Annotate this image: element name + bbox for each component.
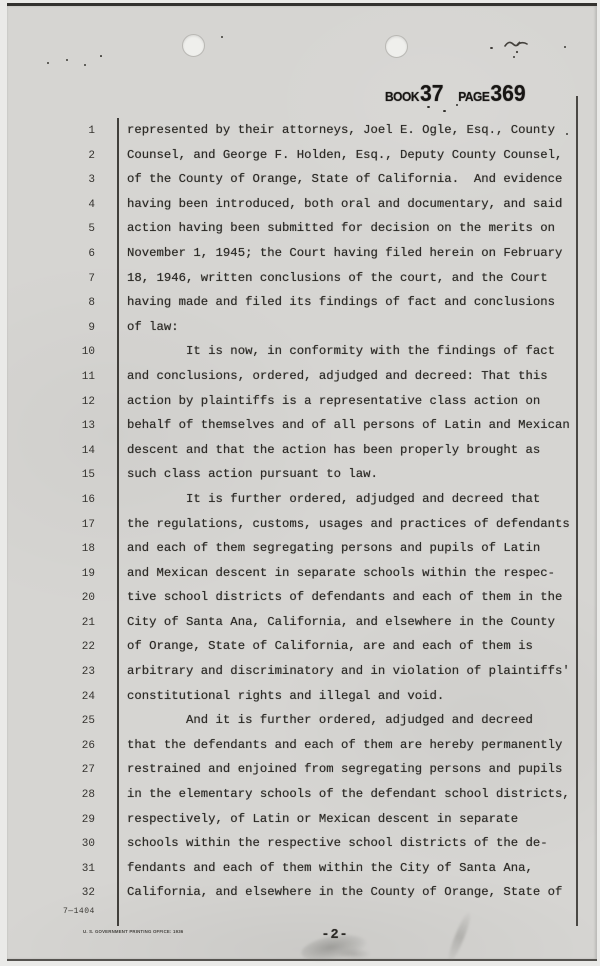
line-text: that the defendants and each of them are…	[127, 733, 562, 758]
line-row: 27restrained and enjoined from segregati…	[7, 757, 585, 782]
line-text: November 1, 1945; the Court having filed…	[127, 241, 562, 266]
line-row: 2Counsel, and George F. Holden, Esq., De…	[7, 143, 585, 168]
line-row: 6November 1, 1945; the Court having file…	[7, 241, 585, 266]
line-text: action having been submitted for decisio…	[127, 216, 555, 241]
line-row: 20tive school districts of defendants an…	[7, 585, 585, 610]
ink-smudge-small	[337, 948, 371, 960]
line-text: It is further ordered, adjudged and decr…	[127, 487, 540, 512]
line-text: descent and that the action has been pro…	[127, 438, 540, 463]
line-row: 16 It is further ordered, adjudged and d…	[7, 487, 585, 512]
line-number: 31	[7, 857, 95, 882]
paper-speck	[564, 46, 566, 48]
stamp-book-label: BOOK	[385, 89, 419, 104]
line-text: fendants and each of them within the Cit…	[127, 856, 533, 881]
line-number: 25	[7, 709, 95, 734]
line-number: 4	[7, 193, 95, 218]
paper-speck	[84, 64, 86, 66]
stamp-page-label: PAGE	[458, 89, 489, 104]
line-row: 19and Mexican descent in separate school…	[7, 561, 585, 586]
line-row: 22of Orange, State of California, are an…	[7, 634, 585, 659]
line-row: 25 And it is further ordered, adjudged a…	[7, 708, 585, 733]
form-number: 7—1404	[63, 907, 95, 916]
line-text: the regulations, customs, usages and pra…	[127, 512, 570, 537]
line-row: 28in the elementary schools of the defen…	[7, 782, 585, 807]
line-number: 11	[7, 365, 95, 390]
line-row: 12action by plaintiffs is a representati…	[7, 389, 585, 414]
book-page-stamp: BOOK37PAGE369	[385, 80, 526, 107]
line-text: tive school districts of defendants and …	[127, 585, 562, 610]
line-text: City of Santa Ana, California, and elsew…	[127, 610, 555, 635]
handwritten-mark	[503, 36, 533, 56]
line-row: 11and conclusions, ordered, adjudged and…	[7, 364, 585, 389]
line-number: 3	[7, 168, 95, 193]
line-number: 13	[7, 414, 95, 439]
line-row: 23arbitrary and discriminatory and in vi…	[7, 659, 585, 684]
line-text: constitutional rights and illegal and vo…	[127, 684, 444, 709]
paper-speck	[66, 59, 68, 61]
line-number: 7	[7, 267, 95, 292]
line-row: 5action having been submitted for decisi…	[7, 216, 585, 241]
line-text: Counsel, and George F. Holden, Esq., Dep…	[127, 143, 562, 168]
line-row: 29respectively, of Latin or Mexican desc…	[7, 807, 585, 832]
line-number: 6	[7, 242, 95, 267]
line-number: 14	[7, 439, 95, 464]
paper-speck	[221, 36, 223, 38]
line-text: of Orange, State of California, are and …	[127, 634, 533, 659]
line-text: arbitrary and discriminatory and in viol…	[127, 659, 570, 684]
line-text: represented by their attorneys, Joel E. …	[127, 118, 555, 143]
line-row: 718, 1946, written conclusions of the co…	[7, 266, 585, 291]
line-text: such class action pursuant to law.	[127, 462, 378, 487]
line-row: 17the regulations, customs, usages and p…	[7, 512, 585, 537]
line-row: 21City of Santa Ana, California, and els…	[7, 610, 585, 635]
line-text: schools within the respective school dis…	[127, 831, 548, 856]
paper-speck	[443, 110, 446, 112]
paper-speck	[100, 55, 102, 57]
line-text: of the County of Orange, State of Califo…	[127, 167, 562, 192]
punch-hole-left	[182, 34, 205, 57]
line-number: 28	[7, 783, 95, 808]
line-text: having been introduced, both oral and do…	[127, 192, 562, 217]
line-number: 29	[7, 808, 95, 833]
line-number: 9	[7, 316, 95, 341]
line-number: 23	[7, 660, 95, 685]
line-number: 19	[7, 562, 95, 587]
paper-speck	[47, 62, 49, 64]
paper-speck	[566, 133, 568, 135]
line-number: 24	[7, 685, 95, 710]
line-row: 18and each of them segregating persons a…	[7, 536, 585, 561]
line-row: 10 It is now, in conformity with the fin…	[7, 339, 585, 364]
paper-speck	[456, 104, 458, 106]
line-row: 1represented by their attorneys, Joel E.…	[7, 118, 585, 143]
line-row: 14descent and that the action has been p…	[7, 438, 585, 463]
line-number: 30	[7, 832, 95, 857]
line-text: having made and filed its findings of fa…	[127, 290, 555, 315]
line-number: 22	[7, 635, 95, 660]
page-number: -2-	[303, 928, 367, 943]
paper-speck	[490, 47, 493, 49]
line-text: of law:	[127, 315, 179, 340]
line-number: 5	[7, 217, 95, 242]
line-text: and conclusions, ordered, adjudged and d…	[127, 364, 548, 389]
line-text: respectively, of Latin or Mexican descen…	[127, 807, 518, 832]
line-row: 3of the County of Orange, State of Calif…	[7, 167, 585, 192]
line-row: 32California, and elsewhere in the Count…	[7, 880, 585, 905]
line-number: 18	[7, 537, 95, 562]
line-row: 8having made and filed its findings of f…	[7, 290, 585, 315]
line-number: 12	[7, 390, 95, 415]
line-rows: 1represented by their attorneys, Joel E.…	[7, 118, 585, 905]
line-text: in the elementary schools of the defenda…	[127, 782, 570, 807]
line-row: 30schools within the respective school d…	[7, 831, 585, 856]
line-number: 21	[7, 611, 95, 636]
line-text: California, and elsewhere in the County …	[127, 880, 562, 905]
line-text: 18, 1946, written conclusions of the cou…	[127, 266, 548, 291]
stain-streak	[446, 911, 474, 963]
paper-speck	[513, 56, 515, 58]
line-row: 24constitutional rights and illegal and …	[7, 684, 585, 709]
line-row: 4having been introduced, both oral and d…	[7, 192, 585, 217]
scanned-court-document-page: BOOK37PAGE369 1represented by their atto…	[7, 3, 597, 961]
line-number: 1	[7, 119, 95, 144]
line-number: 26	[7, 734, 95, 759]
line-number: 20	[7, 586, 95, 611]
line-row: 15such class action pursuant to law.	[7, 462, 585, 487]
line-text: It is now, in conformity with the findin…	[127, 339, 555, 364]
stamp-book-number: 37	[420, 80, 444, 107]
line-text: And it is further ordered, adjudged and …	[127, 708, 533, 733]
line-number: 2	[7, 144, 95, 169]
line-row: 26that the defendants and each of them a…	[7, 733, 585, 758]
printing-office-note: U. S. GOVERNMENT PRINTING OFFICE: 1936	[83, 930, 183, 934]
line-row: 13behalf of themselves and of all person…	[7, 413, 585, 438]
punch-hole-right	[385, 35, 408, 58]
line-text: behalf of themselves and of all persons …	[127, 413, 570, 438]
line-row: 31fendants and each of them within the C…	[7, 856, 585, 881]
line-number: 16	[7, 488, 95, 513]
line-number: 15	[7, 463, 95, 488]
line-text: action by plaintiffs is a representative…	[127, 389, 540, 414]
line-number: 32	[7, 881, 95, 906]
line-text: restrained and enjoined from segregating…	[127, 757, 562, 782]
line-row: 9of law:	[7, 315, 585, 340]
line-number: 8	[7, 291, 95, 316]
line-number: 17	[7, 513, 95, 538]
line-number: 27	[7, 758, 95, 783]
line-text: and Mexican descent in separate schools …	[127, 561, 555, 586]
line-number: 10	[7, 340, 95, 365]
line-text: and each of them segregating persons and…	[127, 536, 540, 561]
stamp-page-number: 369	[490, 80, 525, 107]
paper-speck	[427, 106, 430, 108]
